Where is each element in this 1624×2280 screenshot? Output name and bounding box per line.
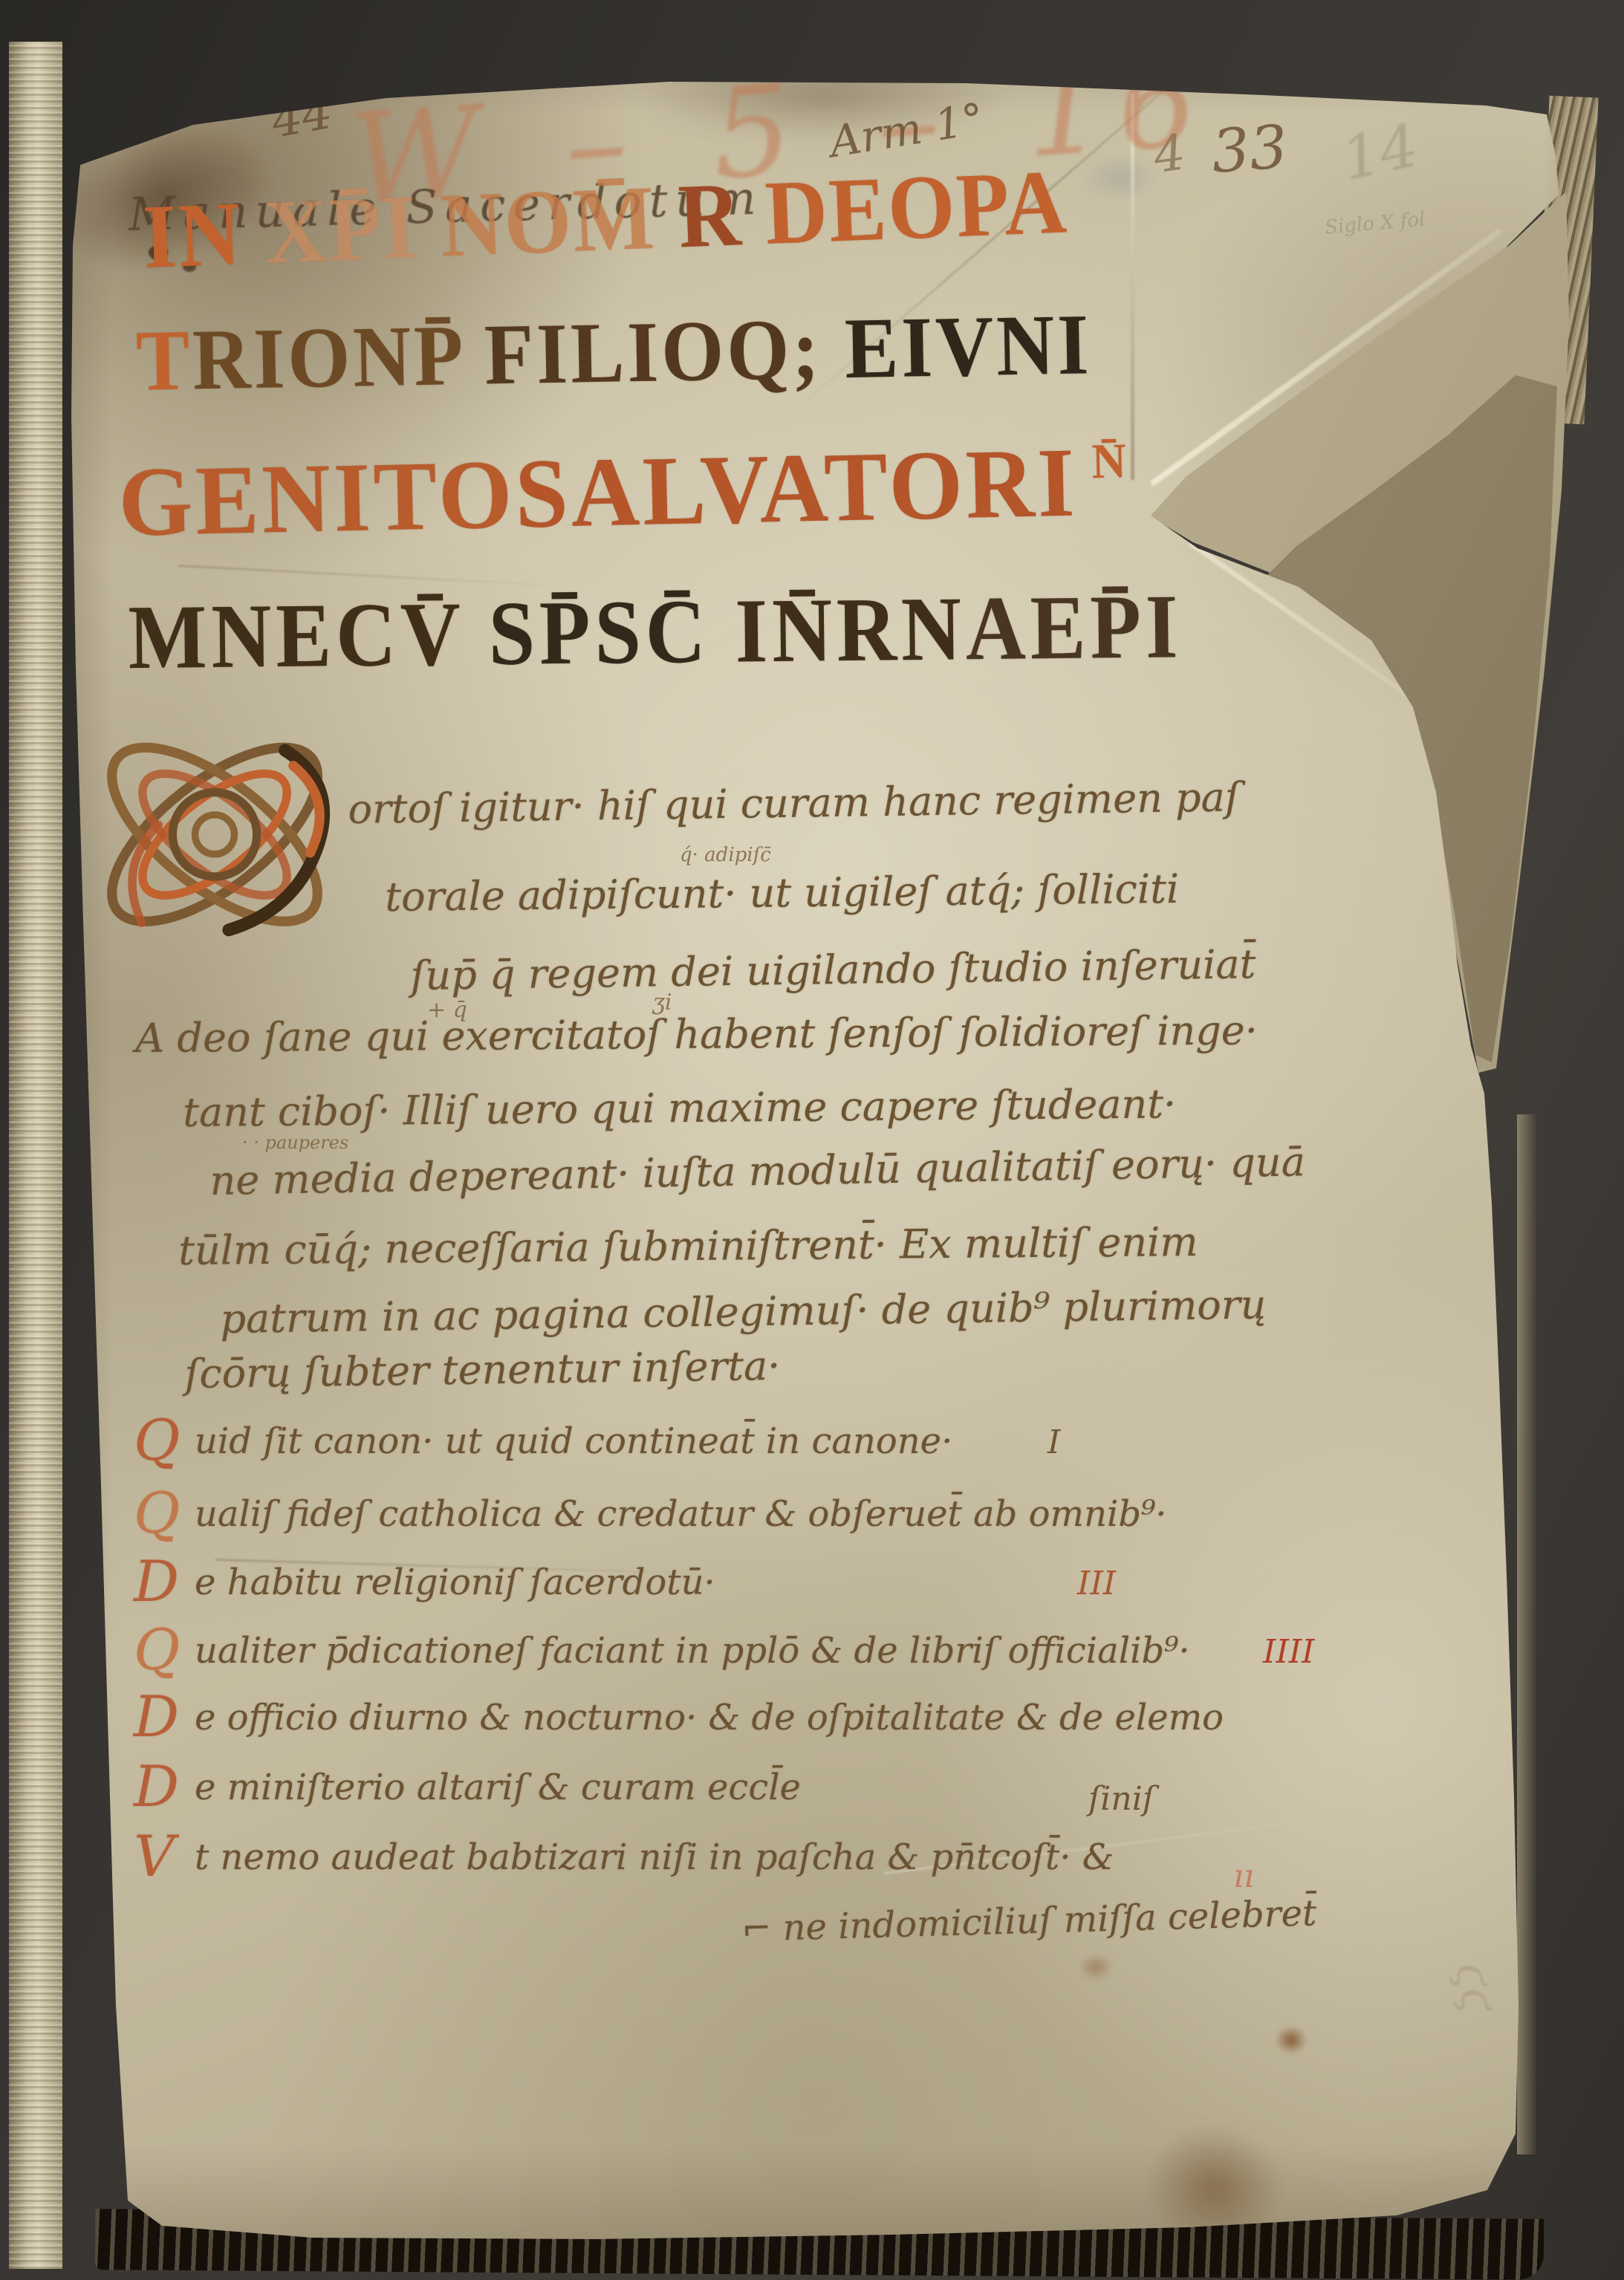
body-line: tant ciboſ· Illiſ uero qui maxime capere… (183, 1080, 1176, 1136)
chapter-initial: D (134, 1753, 179, 1819)
body-line: tūlm cūq́; neceſſaria ſubminiſtrent̄· Ex… (178, 1218, 1198, 1274)
folio-number-annotation: 44 (267, 85, 337, 149)
chapter-continuation: ſiniſ (1088, 1780, 1154, 1818)
body-line: ſcōrų ſubter tenentur inſerta· (184, 1342, 781, 1397)
chapter-text: e miniſterio altariſ & curam eccl̄e (195, 1767, 801, 1808)
chapter-text: ualiter p̄dicationeſ faciant in pplō & d… (195, 1630, 1190, 1672)
body-line: ſup̄ q̄ regem dei uigilando ſtudio inſer… (410, 941, 1256, 999)
chapter-initial: Q (134, 1617, 180, 1683)
pencil-annotation-14: 14 (1336, 111, 1424, 194)
chapter-numeral: III (1077, 1565, 1116, 1602)
addendum-line: ⌐ ne indomiciliuſ miſſa celebret̄ (741, 1892, 1317, 1950)
chapter-initial: D (134, 1683, 179, 1750)
chapter-text: uid ſit canon· ut quid contineat̄ in can… (195, 1420, 952, 1462)
title-line-1: IN XP̄I NOM̄ R DEOPA (141, 150, 1070, 290)
chapter-text: t nemo audeat babtizari niſi in paſcha &… (195, 1836, 1114, 1878)
numeral-annotation-33: 33 (1209, 112, 1290, 186)
body-line: ortoſ igitur· hiſ qui curam hanc regimen… (348, 773, 1240, 833)
chapter-item: D e officio diurno & nocturno· & de oſpi… (134, 1689, 1560, 1758)
interlinear-gloss: q́· adipiſc̄ (680, 844, 771, 866)
chapter-initial: V (134, 1823, 175, 1889)
binding-spine-cloth (9, 42, 62, 2269)
marginal-gloss: · · pauperes (242, 1132, 348, 1153)
pencil-note: Siglo X fol (1324, 208, 1426, 239)
body-line: torale adipiſcunt· ut uigileſ atq́; ſoll… (385, 865, 1179, 920)
title-line-2: TRIONP̄ FILIOQ; EIVNI (135, 296, 1092, 412)
chapter-numeral: ıı (1233, 1857, 1254, 1895)
interlace-initial-knot (74, 700, 355, 976)
interlinear-gloss: + q̄ (427, 997, 467, 1023)
chapter-item: Q uid ſit canon· ut quid contineat̄ in c… (134, 1413, 1560, 1481)
chapter-initial: Q (134, 1480, 180, 1546)
chapter-item: Q ualiſ fideſ catholica & credatur & obſ… (134, 1486, 1560, 1554)
body-line: A deo ſane qui exercitatoſ habent ſenſoſ… (135, 1007, 1258, 1062)
title-line-3: GENITOSALVATORI N̄ (117, 424, 1131, 559)
chapter-numeral: I (1048, 1423, 1060, 1461)
chapter-item: D e miniſterio altariſ & curam eccl̄e ſi… (134, 1759, 1560, 1828)
chapter-text: e officio diurno & nocturno· & de oſpita… (195, 1697, 1224, 1738)
title-line-4: MNECV̄ SP̄SC̄ IN̄RNAEP̄I (128, 574, 1183, 691)
manuscript-photo: 44 W – 5 – 16 Arm 1° 4 33 14 Siglo X fol… (0, 0, 1624, 2280)
interlinear-gloss: ʒi (652, 990, 672, 1016)
body-line: patrum in ac pagina collegimuſ· de quib⁹… (220, 1281, 1267, 1342)
chapter-item: D e habitu religioniſ ſacerdotū· III (134, 1554, 1560, 1623)
body-line: ne media depereant· iuſta modulū qualita… (210, 1138, 1305, 1204)
chapter-initial: Q (134, 1407, 180, 1473)
spine-rib-texture (9, 42, 62, 2269)
chapter-item: V t nemo audeat babtizari niſi in paſcha… (134, 1829, 1560, 1897)
faint-scribble: ϛϛ (1445, 1958, 1505, 2016)
chapter-numeral: IIII (1263, 1633, 1315, 1671)
chapter-initial: D (134, 1548, 179, 1614)
chapter-item: Q ualiter p̄dicationeſ faciant in pplō &… (134, 1623, 1560, 1691)
under-leaf-edge (1517, 1114, 1536, 2154)
chapter-text: e habitu religioniſ ſacerdotū· (195, 1562, 715, 1603)
chapter-text: ualiſ fideſ catholica & credatur & obſer… (195, 1493, 1167, 1535)
